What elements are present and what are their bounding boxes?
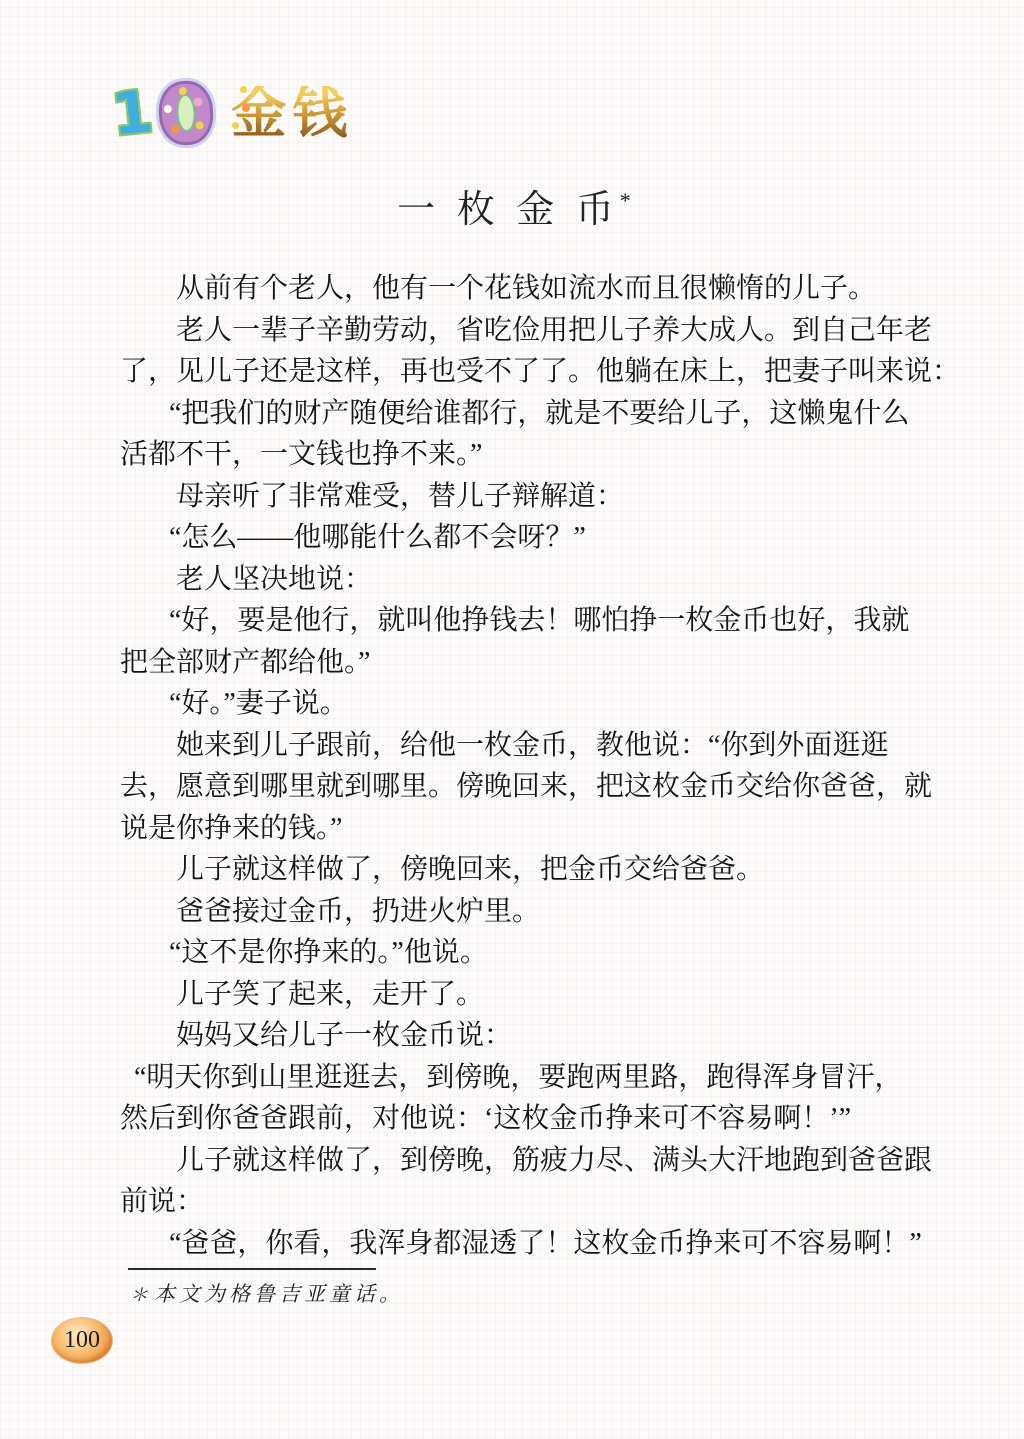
text-line: 了，见儿子还是这样，再也受不了了。他躺在床上，把妻子叫来说： xyxy=(120,351,910,393)
text-line: 儿子就这样做了，到傍晚，筋疲力尽、满头大汗地跑到爸爸跟 xyxy=(120,1140,910,1182)
text-line: 然后到你爸爸跟前，对他说：‘这枚金币挣来可不容易啊！’” xyxy=(120,1098,910,1140)
text-line: “爸爸，你看，我浑身都湿透了！这枚金币挣来可不容易啊！” xyxy=(120,1223,910,1265)
text-line: “好。”妻子说。 xyxy=(120,683,910,725)
decoration-dot xyxy=(171,124,180,133)
text-line: 活都不干，一文钱也挣不来。” xyxy=(120,434,910,476)
decoration-dot xyxy=(240,86,247,93)
text-line: “明天你到山里逛逛去，到傍晚，要跑两里路，跑得浑身冒汗， xyxy=(120,1057,910,1099)
text-line: 老人一辈子辛勤劳动，省吃俭用把儿子养大成人。到自己年老 xyxy=(120,310,910,352)
text-line: 儿子笑了起来，走开了。 xyxy=(120,974,910,1016)
text-line: 母亲听了非常难受，替儿子辩解道： xyxy=(120,476,910,518)
body-text: 从前有个老人，他有一个花钱如流水而且很懒惰的儿子。老人一辈子辛勤劳动，省吃俭用把… xyxy=(120,268,910,1264)
text-line: 前说： xyxy=(120,1181,910,1223)
text-line: 爸爸接过金币，扔进火炉里。 xyxy=(120,891,910,933)
text-line: “好，要是他行，就叫他挣钱去！哪怕挣一枚金币也好，我就 xyxy=(120,600,910,642)
lesson-title-text: 一 枚 金 币 xyxy=(397,189,620,231)
textbook-page: 1 金钱 一 枚 金 币* 从前有个老人，他有一个花钱如流水而且很懒惰的儿子。老… xyxy=(0,0,1024,1439)
decoration-dot xyxy=(164,105,172,113)
page-number-badge: 100 xyxy=(52,1318,112,1363)
unit-header: 1 金钱 xyxy=(112,78,353,148)
text-line: 从前有个老人，他有一个花钱如流水而且很懒惰的儿子。 xyxy=(120,268,910,310)
lesson-title: 一 枚 金 币* xyxy=(397,189,631,231)
decoration-dot xyxy=(242,104,250,112)
decoration-dot xyxy=(232,122,239,129)
decoration-dot xyxy=(196,121,204,129)
text-line: 儿子就这样做了，傍晚回来，把金币交给爸爸。 xyxy=(120,849,910,891)
footnote-text: 本文为格鲁吉亚童话。 xyxy=(154,1282,404,1306)
unit-title: 金钱 xyxy=(231,86,353,141)
unit-number-digit-1: 1 xyxy=(109,82,155,144)
text-line: 说是你挣来的钱。” xyxy=(120,808,910,850)
decoration-dot xyxy=(194,97,203,106)
footnote-divider xyxy=(128,1268,376,1270)
footnote-reference-marker: * xyxy=(620,188,631,213)
text-line: “这不是你挣来的。”他说。 xyxy=(120,932,910,974)
footnote-marker: ＊ xyxy=(130,1285,148,1305)
page-number: 100 xyxy=(64,1327,100,1354)
footnote: ＊本文为格鲁吉亚童话。 xyxy=(130,1278,404,1308)
text-line: 她来到儿子跟前，给他一枚金币，教他说：“你到外面逛逛 xyxy=(120,725,910,767)
text-line: 把全部财产都给他。” xyxy=(120,642,910,684)
text-line: 妈妈又给儿子一枚金币说： xyxy=(120,1015,910,1057)
text-line: 去，愿意到哪里就到哪里。傍晚回来，把这枚金币交给你爸爸，就 xyxy=(120,766,910,808)
unit-number-digit-0 xyxy=(158,80,215,147)
text-line: “把我们的财产随便给谁都行，就是不要给儿子，这懒鬼什么 xyxy=(120,393,910,435)
text-line: 老人坚决地说： xyxy=(120,559,910,601)
text-line: “怎么——他哪能什么都不会呀？” xyxy=(120,517,910,559)
lesson-title-wrap: 一 枚 金 币* xyxy=(120,178,908,233)
